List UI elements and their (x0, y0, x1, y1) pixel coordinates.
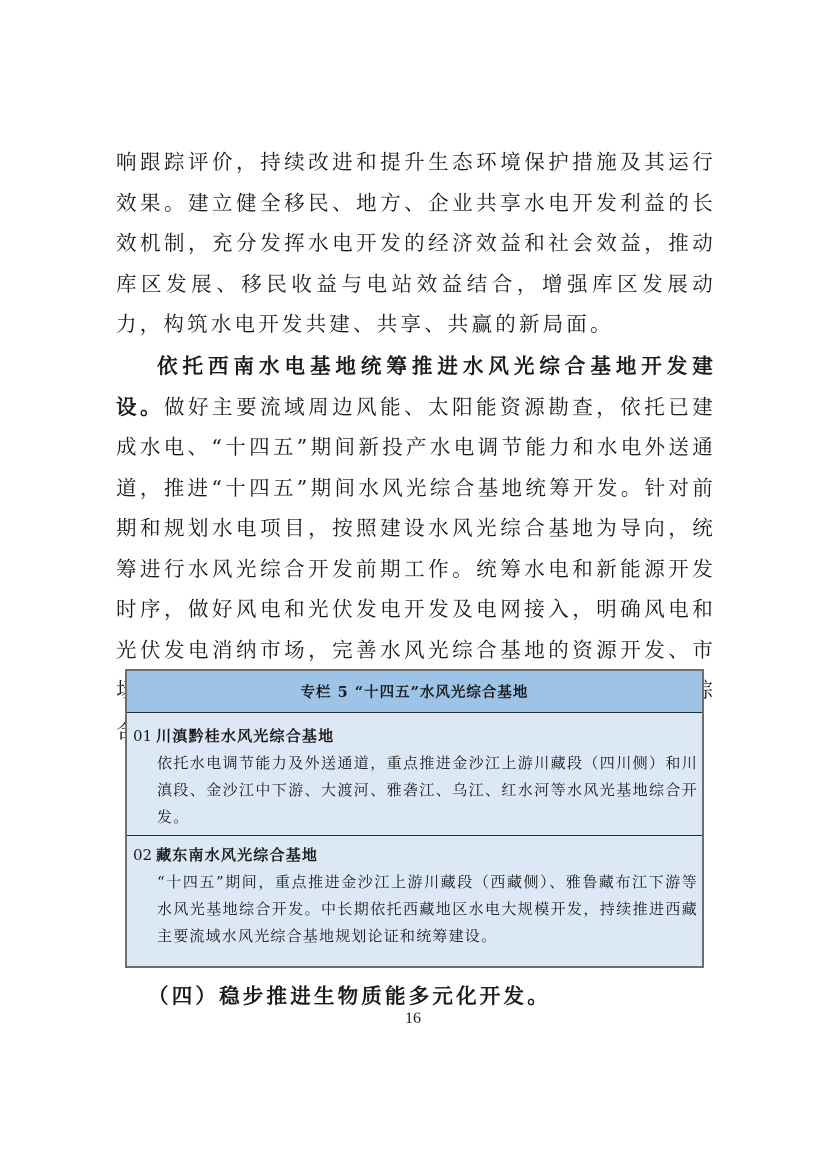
section-number: 01 (133, 727, 152, 745)
paragraph-text: 响跟踪评价，持续改进和提升生态环境保护措施及其运行效果。建立健全移民、地方、企业… (116, 142, 716, 345)
column-box-section: 02藏东南水风光综合基地 “十四五”期间，重点推进金沙江上游川藏段（西藏侧）、雅… (127, 836, 702, 950)
body-paragraph: 响跟踪评价，持续改进和提升生态环境保护措施及其运行效果。建立健全移民、地方、企业… (116, 142, 716, 345)
section-title-text: 川滇黔桂水风光综合基地 (156, 727, 334, 745)
section-body: “十四五”期间，重点推进金沙江上游川藏段（西藏侧）、雅鲁藏布江下游等水风光基地综… (133, 869, 698, 950)
section-number: 02 (133, 846, 152, 864)
column-box-section: 01川滇黔桂水风光综合基地 依托水电调节能力及外送通道，重点推进金沙江上游川藏段… (127, 713, 702, 836)
page-number: 16 (0, 1010, 826, 1028)
section-title: 02藏东南水风光综合基地 (133, 842, 698, 869)
column-box: 专栏 5 “十四五”水风光综合基地 01川滇黔桂水风光综合基地 依托水电调节能力… (125, 669, 704, 968)
column-box-title: 专栏 5 “十四五”水风光综合基地 (127, 671, 702, 713)
document-page: 响跟踪评价，持续改进和提升生态环境保护措施及其运行效果。建立健全移民、地方、企业… (0, 0, 826, 1169)
section-body: 依托水电调节能力及外送通道，重点推进金沙江上游川藏段（四川侧）和川滇段、金沙江中… (133, 750, 698, 831)
section-title: 01川滇黔桂水风光综合基地 (133, 723, 698, 750)
section-title-text: 藏东南水风光综合基地 (156, 846, 318, 864)
